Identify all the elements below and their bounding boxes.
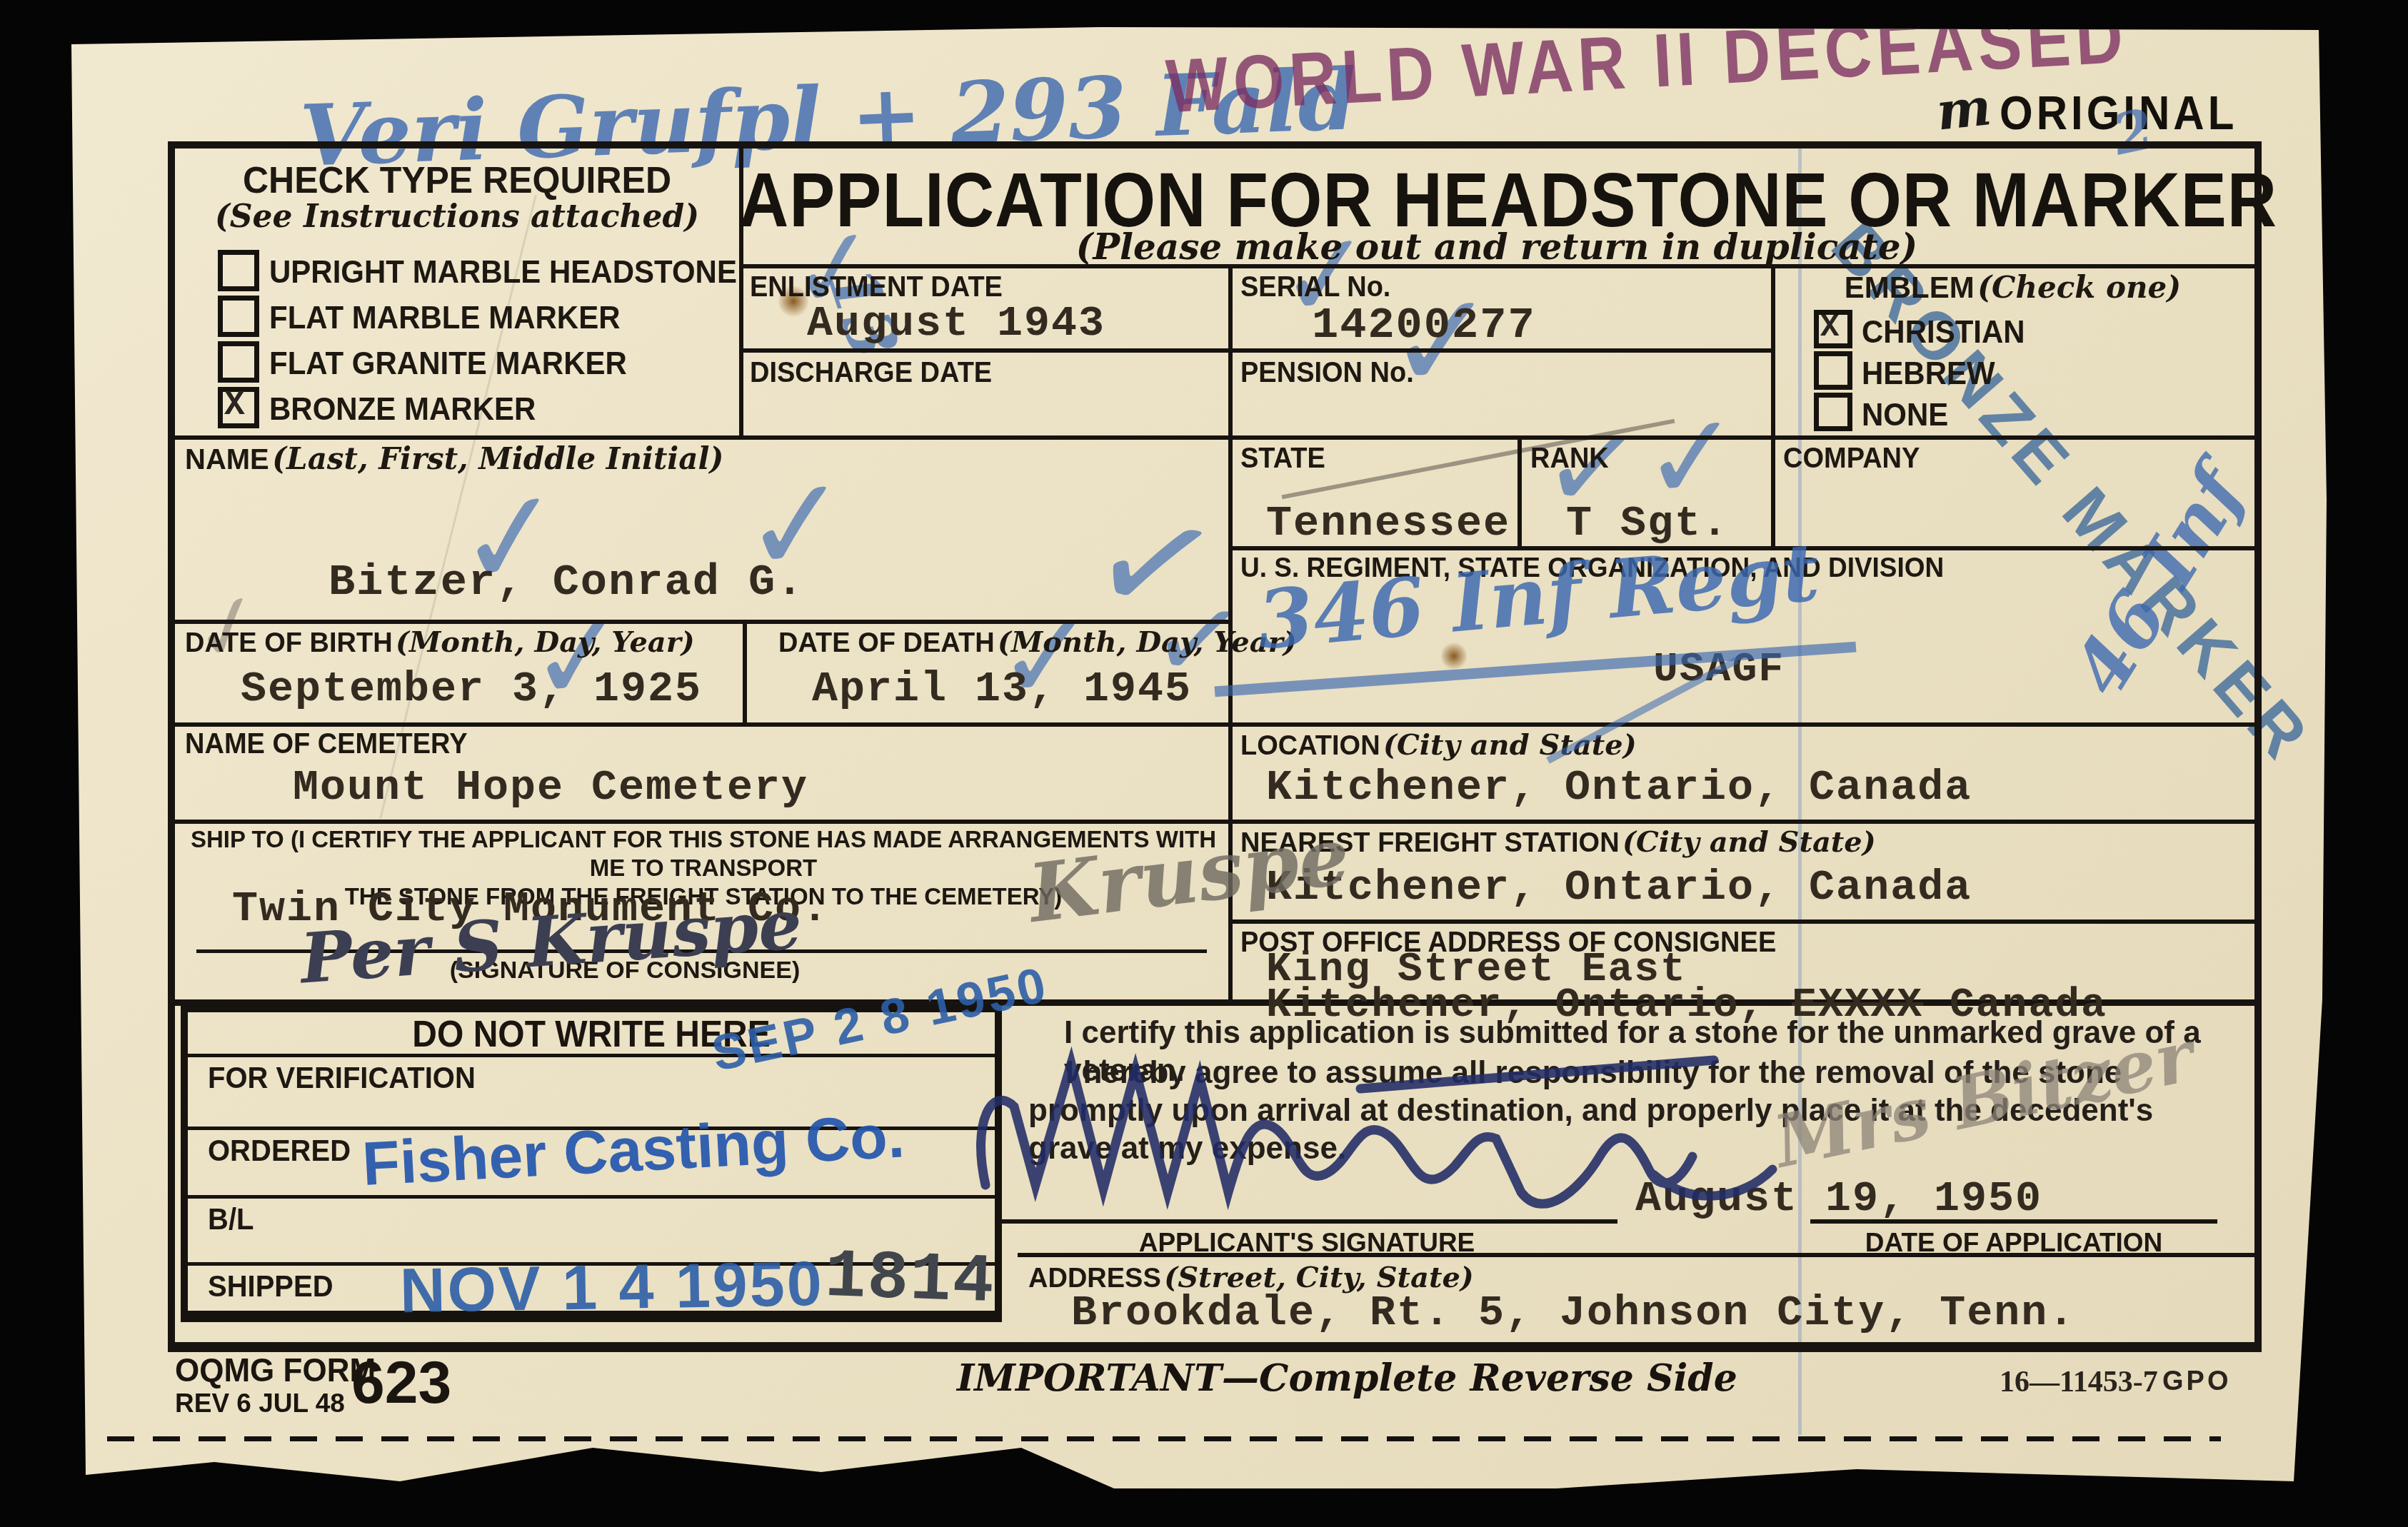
checkbox-hebrew[interactable] xyxy=(1814,351,1852,390)
dod-label-main: DATE OF DEATH xyxy=(778,628,995,658)
name-value: Bitzer, Conrad G. xyxy=(328,557,805,608)
option-label: NONE xyxy=(1862,397,1948,433)
dod-label: DATE OF DEATH (Month, Day, Year) xyxy=(778,625,1297,659)
option-label: UPRIGHT MARBLE HEADSTONE xyxy=(269,254,737,290)
cemetery-label: NAME OF CEMETERY xyxy=(185,728,468,760)
emblem-title-main: EMBLEM xyxy=(1845,271,1975,304)
name-label-note: (Last, First, Middle Initial) xyxy=(272,441,723,476)
gpo-label: GPO xyxy=(2162,1366,2231,1397)
serial-no-value: 14200277 xyxy=(1312,300,1536,351)
check-type-subtitle: (See Instructions attached) xyxy=(175,198,739,235)
print-code: 16—11453-7 xyxy=(2000,1365,2158,1399)
checkbox-mark: X xyxy=(224,386,245,425)
checkbox-upright-marble[interactable] xyxy=(218,250,259,291)
check-type-title: CHECK TYPE REQUIRED xyxy=(175,158,739,202)
dob-label-note: (Month, Day, Year) xyxy=(396,625,695,659)
dnw-bl-label: B/L xyxy=(208,1203,254,1236)
form-id-line2: REV 6 JUL 48 xyxy=(175,1389,376,1418)
divider xyxy=(743,620,747,722)
divider xyxy=(1771,264,1775,546)
discharge-date-label: DISCHARGE DATE xyxy=(750,357,992,389)
name-label-main: NAME xyxy=(185,444,269,475)
address-value: Brookdale, Rt. 5, Johnson City, Tenn. xyxy=(1071,1289,2075,1338)
option-label: HEBREW xyxy=(1862,356,1995,391)
state-value: Tennessee xyxy=(1266,500,1510,548)
form-number: 623 xyxy=(351,1348,451,1417)
emblem-title-note: (Check one) xyxy=(1977,270,2181,305)
checkbox-christian[interactable]: X xyxy=(1814,310,1852,348)
divider xyxy=(1517,435,1522,546)
dnw-for-verification-label: FOR VERIFICATION xyxy=(208,1062,476,1095)
checkbox-mark: X xyxy=(1820,310,1839,346)
enlistment-date-label: ENLISTMENT DATE xyxy=(750,271,1003,303)
name-label: NAME (Last, First, Middle Initial) xyxy=(185,441,723,476)
dob-label: DATE OF BIRTH (Month, Day, Year) xyxy=(185,625,695,659)
checkbox-bronze-marker[interactable]: X xyxy=(218,387,259,428)
divider xyxy=(1228,919,2254,924)
dob-value: September 3, 1925 xyxy=(241,665,702,714)
dob-label-main: DATE OF BIRTH xyxy=(185,628,393,658)
perforation-line xyxy=(107,1436,2221,1441)
divider xyxy=(175,620,1228,624)
date-of-application-line xyxy=(1810,1219,2217,1224)
option-label: FLAT GRANITE MARKER xyxy=(269,346,627,381)
divider xyxy=(175,820,2254,824)
checkbox-none[interactable] xyxy=(1814,393,1852,431)
freight-value: Kitchener, Ontario, Canada xyxy=(1266,864,1972,912)
company-label: COMPANY xyxy=(1783,443,1920,475)
pension-no-label: PENSION No. xyxy=(1240,357,1414,389)
emblem-title: EMBLEM (Check one) xyxy=(1771,270,2254,305)
dnw-ordered-label: ORDERED xyxy=(208,1134,351,1168)
bl-number-value: 1814 xyxy=(823,1238,996,1321)
scan-background: Veri Grufpl + 293 Fald WORLD WAR II DECE… xyxy=(0,0,2408,1527)
form-id-line1: OQMG FORM xyxy=(175,1352,376,1390)
enlistment-date-value: August 1943 xyxy=(807,300,1105,348)
dod-label-note: (Month, Day, Year) xyxy=(998,625,1297,659)
form-paper: Veri Grufpl + 293 Fald WORLD WAR II DECE… xyxy=(0,0,2408,1527)
form-id-block: OQMG FORM REV 6 JUL 48 xyxy=(175,1353,376,1418)
shipped-date-stamp: NOV 1 4 1950 xyxy=(399,1247,824,1327)
divider xyxy=(739,348,1771,353)
dnw-shipped-label: SHIPPED xyxy=(208,1270,333,1304)
checkbox-flat-granite[interactable] xyxy=(218,341,259,383)
option-label: FLAT MARBLE MARKER xyxy=(269,300,621,336)
serial-no-label: SERIAL No. xyxy=(1240,271,1390,303)
divider xyxy=(188,1195,995,1199)
form-subtitle: (Please make out and return in duplicate… xyxy=(739,226,2254,268)
rank-label: RANK xyxy=(1530,443,1609,475)
state-label: STATE xyxy=(1240,443,1325,475)
divider xyxy=(175,435,2254,440)
dod-value: April 13, 1945 xyxy=(812,665,1192,714)
checkbox-flat-marble[interactable] xyxy=(218,296,259,337)
option-label: BRONZE MARKER xyxy=(269,391,536,427)
option-label: CHRISTIAN xyxy=(1862,314,2025,350)
location-label-main: LOCATION xyxy=(1240,731,1380,761)
important-note: IMPORTANT—Complete Reverse Side xyxy=(957,1356,1737,1400)
freight-label-note: (City and State) xyxy=(1622,825,1876,859)
divider xyxy=(175,722,2254,727)
applicant-signature-ink xyxy=(971,1021,1792,1235)
divider xyxy=(188,1054,995,1057)
date-of-application-label: DATE OF APPLICATION xyxy=(1810,1228,2217,1258)
cemetery-value: Mount Hope Cemetery xyxy=(293,764,808,812)
location-value: Kitchener, Ontario, Canada xyxy=(1266,764,1972,812)
ink-squiggle: m xyxy=(1934,76,1995,141)
